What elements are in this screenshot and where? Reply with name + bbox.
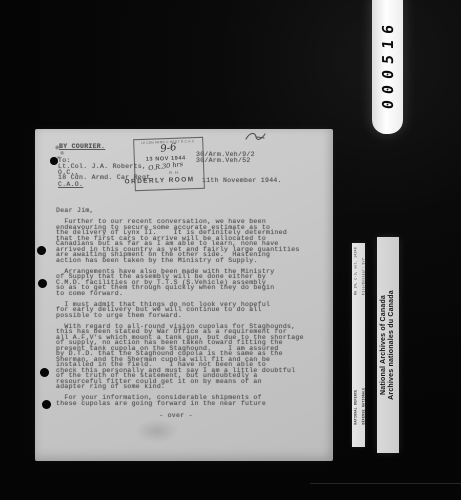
letter-paragraph: For your information, considerable shipm… [56,395,308,406]
file-reference-label: NATIONAL DEFENCE DÉFENSE NATIONALE RG 24… [352,243,365,447]
archives-name-en: National Archives of Canada [380,237,388,453]
addressee-unit: C.A.O. [58,182,83,188]
file-ref-numbers: 30/Arm.Veh/9/2 30/Arm.Veh/52 [196,152,255,163]
frame-number-strip: 000516 [372,0,403,134]
department-label: NATIONAL DEFENCE DÉFENSE NATIONALE [349,388,369,447]
punch-hole [37,246,46,255]
orderly-room-stamp: 18 CDN ARMD C REGT R.C.A.C. 9-6 13 NOV 1… [133,137,205,191]
national-archives-label: National Archives of Canada Archives nat… [377,237,399,453]
pencil-mark-icon [243,130,269,144]
stamp-handwritten-number: 9-6 [160,142,177,155]
reference-label: RG 24, C-3, vol. 14249 File/Dossier: 9/7 [349,243,369,312]
letter-body: Further to our recent conversation, we h… [56,219,308,419]
stamp-initials: R. H. [169,171,179,175]
letter-paragraph: With regard to all-round vision cupolas … [56,324,308,390]
letter-paragraph: I must admit that things do not look ver… [56,302,308,319]
punch-hole [50,157,58,165]
department-en: NATIONAL DEFENCE [353,390,357,425]
stamp-orderly-room: ORDERLY ROOM [124,176,194,185]
letter-heading: BY COURIER. [59,144,105,150]
punch-hole [40,368,49,377]
punch-hole [38,279,47,288]
letter-date: 11th November 1944. [202,178,282,184]
letter-paragraph: Arrangements have also been made with th… [56,269,308,297]
archival-scan: 000516 BY COURIER. To: Lt.Col. J.A. Robe… [0,0,461,500]
archives-name-fr: Archives nationales du Canada [388,237,396,453]
punch-hole [42,400,51,409]
department-fr: DÉFENSE NATIONALE [361,388,365,425]
document-page: BY COURIER. To: Lt.Col. J.A. Roberts, O.… [35,129,333,461]
dossier-number: File/Dossier: 9/7 [361,258,365,295]
over-note: - over - [56,413,296,419]
reference-number: RG 24, C-3, vol. 14249 [353,247,357,295]
salutation: Dear Jim, [56,208,94,214]
frame-number-digits: 000516 [373,0,403,132]
scan-artifact-line [310,483,461,484]
letter-paragraph: Further to our recent conversation, we h… [56,219,308,263]
page-stain [135,419,179,443]
